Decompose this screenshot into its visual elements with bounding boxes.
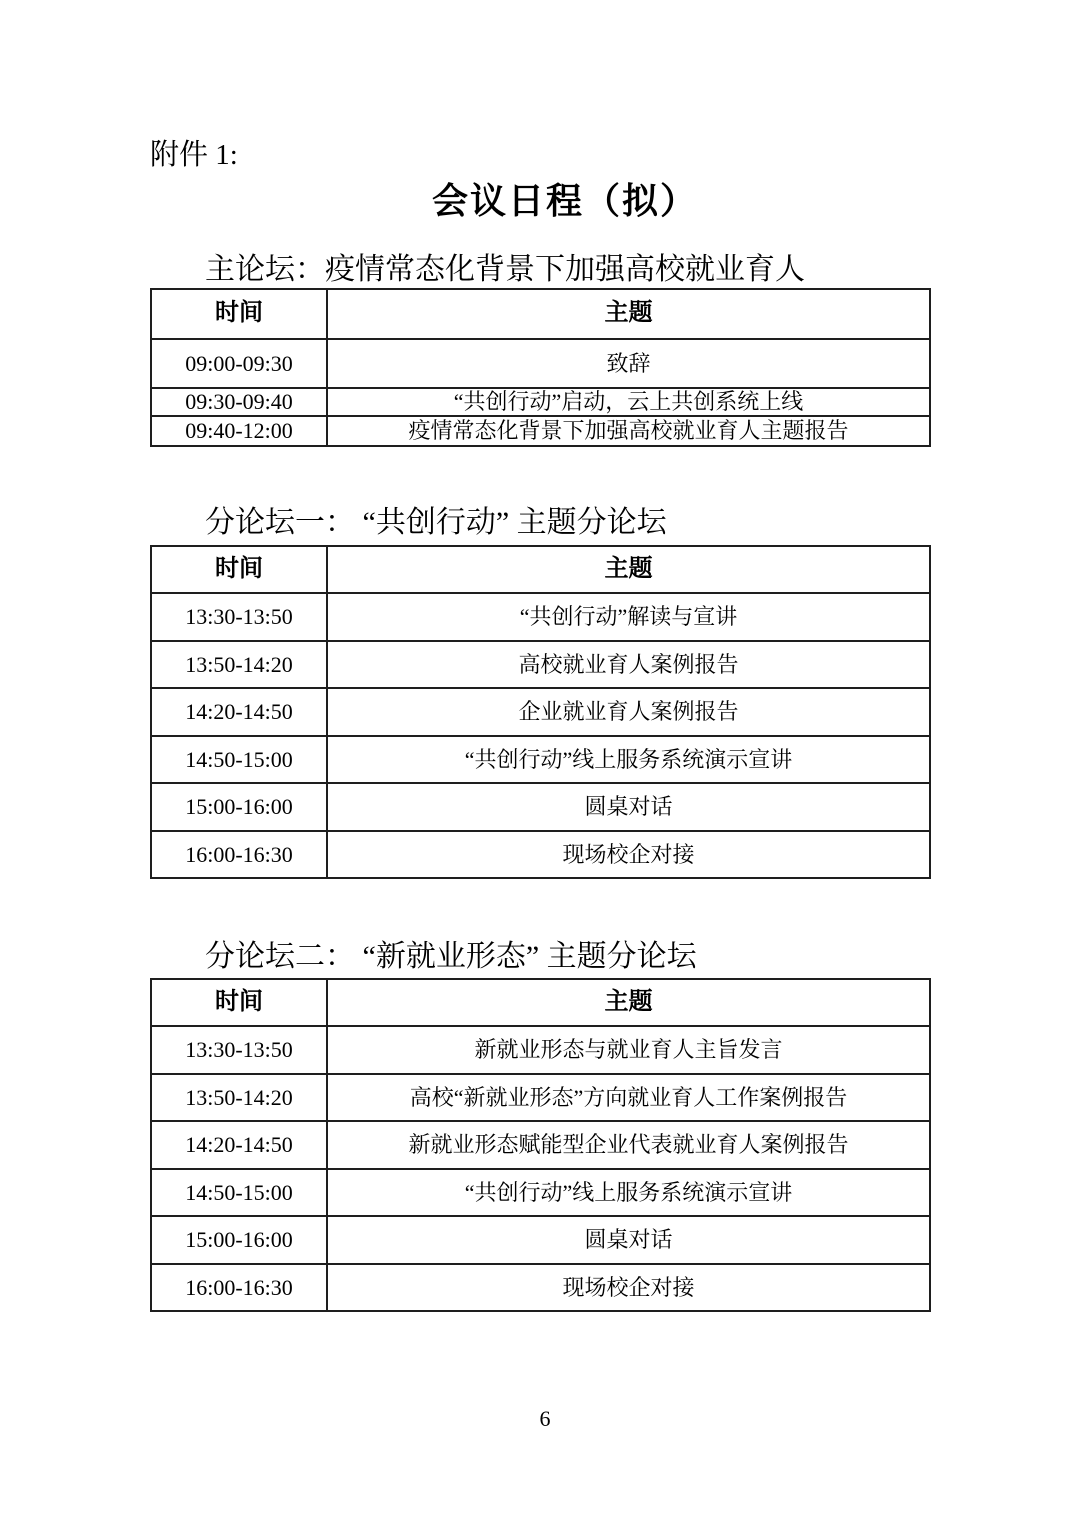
theme-cell: “共创行动”启动，云上共创系统上线 [327,388,930,416]
time-cell: 14:50-15:00 [151,736,327,784]
theme-cell: 高校就业育人案例报告 [327,641,930,689]
schedule-table-main-forum: 时间 主题 09:00-09:30 致辞 09:30-09:40 “共创行动”启… [150,288,931,447]
time-cell: 09:30-09:40 [151,388,327,416]
schedule-table-subforum-2: 时间 主题 13:30-13:50 新就业形态与就业育人主旨发言 13:50-1… [150,978,931,1312]
attachment-label: 附件 1: [150,138,238,173]
time-cell: 09:00-09:30 [151,339,327,388]
schedule-table-subforum-1: 时间 主题 13:30-13:50 “共创行动”解读与宣讲 13:50-14:2… [150,545,931,879]
table-row: 14:50-15:00 “共创行动”线上服务系统演示宣讲 [151,1169,930,1217]
table-row: 09:00-09:30 致辞 [151,339,930,388]
theme-cell: “共创行动”线上服务系统演示宣讲 [327,1169,930,1217]
table-header-row: 时间 主题 [151,546,930,593]
time-cell: 13:50-14:20 [151,641,327,689]
column-header-theme: 主题 [327,546,930,593]
theme-cell: 现场校企对接 [327,1264,930,1312]
theme-cell: 高校“新就业形态”方向就业育人工作案例报告 [327,1074,930,1122]
time-cell: 15:00-16:00 [151,783,327,831]
theme-cell: “共创行动”解读与宣讲 [327,593,930,641]
table-row: 13:30-13:50 新就业形态与就业育人主旨发言 [151,1026,930,1074]
theme-cell: 圆桌对话 [327,783,930,831]
theme-cell: 圆桌对话 [327,1216,930,1264]
column-header-time: 时间 [151,289,327,339]
theme-cell: 现场校企对接 [327,831,930,879]
section-heading-main-forum: 主论坛：疫情常态化背景下加强高校就业育人 [205,252,805,288]
theme-cell: 新就业形态与就业育人主旨发言 [327,1026,930,1074]
table-row: 14:20-14:50 新就业形态赋能型企业代表就业育人案例报告 [151,1121,930,1169]
table-header-row: 时间 主题 [151,979,930,1026]
theme-cell: “共创行动”线上服务系统演示宣讲 [327,736,930,784]
table-row: 13:30-13:50 “共创行动”解读与宣讲 [151,593,930,641]
table-row: 15:00-16:00 圆桌对话 [151,1216,930,1264]
column-header-time: 时间 [151,979,327,1026]
table-row: 13:50-14:20 高校就业育人案例报告 [151,641,930,689]
time-cell: 13:30-13:50 [151,1026,327,1074]
column-header-theme: 主题 [327,979,930,1026]
theme-cell: 新就业形态赋能型企业代表就业育人案例报告 [327,1121,930,1169]
time-cell: 09:40-12:00 [151,416,327,446]
column-header-theme: 主题 [327,289,930,339]
time-cell: 14:50-15:00 [151,1169,327,1217]
section-heading-subforum-2: 分论坛二： “新就业形态” 主题分论坛 [205,939,697,975]
time-cell: 13:30-13:50 [151,593,327,641]
page-number: 6 [0,1406,1080,1432]
section-heading-subforum-1: 分论坛一： “共创行动” 主题分论坛 [205,505,667,541]
page-title: 会议日程（拟） [50,180,1080,223]
theme-cell: 疫情常态化背景下加强高校就业育人主题报告 [327,416,930,446]
table-header-row: 时间 主题 [151,289,930,339]
table-row: 16:00-16:30 现场校企对接 [151,1264,930,1312]
time-cell: 16:00-16:30 [151,831,327,879]
time-cell: 14:20-14:50 [151,1121,327,1169]
table-row: 09:40-12:00 疫情常态化背景下加强高校就业育人主题报告 [151,416,930,446]
theme-cell: 致辞 [327,339,930,388]
table-row: 13:50-14:20 高校“新就业形态”方向就业育人工作案例报告 [151,1074,930,1122]
time-cell: 16:00-16:30 [151,1264,327,1312]
time-cell: 15:00-16:00 [151,1216,327,1264]
theme-cell: 企业就业育人案例报告 [327,688,930,736]
time-cell: 13:50-14:20 [151,1074,327,1122]
time-cell: 14:20-14:50 [151,688,327,736]
table-row: 09:30-09:40 “共创行动”启动，云上共创系统上线 [151,388,930,416]
table-row: 16:00-16:30 现场校企对接 [151,831,930,879]
table-row: 14:50-15:00 “共创行动”线上服务系统演示宣讲 [151,736,930,784]
column-header-time: 时间 [151,546,327,593]
document-page: 附件 1: 会议日程（拟） 主论坛：疫情常态化背景下加强高校就业育人 时间 主题… [0,0,1080,1528]
table-row: 14:20-14:50 企业就业育人案例报告 [151,688,930,736]
table-row: 15:00-16:00 圆桌对话 [151,783,930,831]
